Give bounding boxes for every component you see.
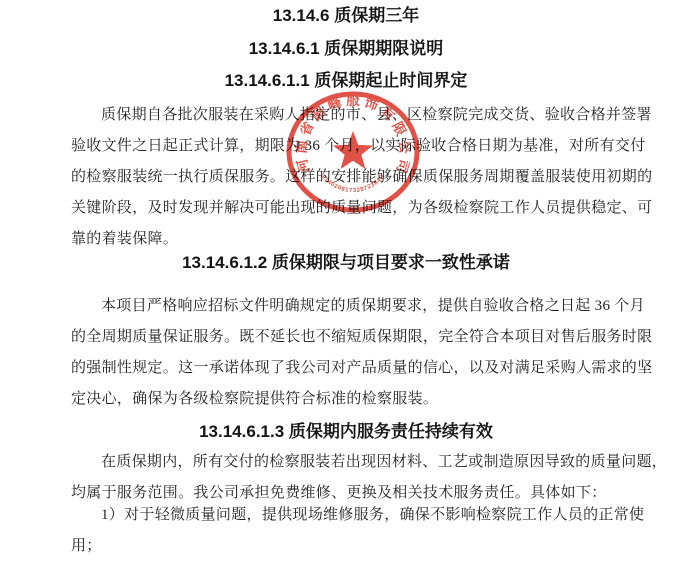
paragraph-line: 定决心，确保为各级检察院提供符合标准的检察服装。 (71, 384, 628, 415)
paragraph-warranty-start: 质保期自各批次服装在采购人指定的市、县、区检察院完成交货、验收合格并签署 验收文… (71, 100, 628, 255)
paragraph-line: 验收文件之日起正式计算，期限为 36 个月，以实际验收合格日期为基准，对所有交付 (71, 131, 628, 162)
section-heading-level3-2: 13.14.6.1.2 质保期限与项目要求一致性承诺 (0, 252, 692, 274)
paragraph-line: 的检察服装统一执行质保服务。这样的安排能够确保质保服务周期覆盖服装使用初期的 (71, 162, 628, 193)
section-heading-level1: 13.14.6 质保期三年 (0, 5, 692, 27)
paragraph-line: 本项目严格响应招标文件明确规定的质保期要求，提供自验收合格之日起 36 个月 (71, 291, 628, 322)
paragraph-line: 用； (71, 531, 628, 562)
paragraph-line: 的强制性规定。这一承诺体现了我公司对产品质量的信心，以及对满足采购人需求的坚 (71, 353, 628, 384)
paragraph-line: 在质保期内，所有交付的检察服装若出现因材料、工艺或制造原因导致的质量问题， (71, 447, 628, 478)
document-page: 13.14.6 质保期三年 13.14.6.1 质保期期限说明 13.14.6.… (0, 0, 692, 574)
paragraph-line: 靠的着装保障。 (71, 224, 628, 255)
section-heading-level3: 13.14.6.1.1 质保期起止时间界定 (0, 70, 692, 92)
paragraph-line: 的全周期质量保证服务。既不延长也不缩短质保期限，完全符合本项目对售后服务时限 (71, 322, 628, 353)
paragraph-line: 关键阶段，及时发现并解决可能出现的质量问题，为各级检察院工作人员提供稳定、可 (71, 193, 628, 224)
paragraph-warranty-consistency: 本项目严格响应招标文件明确规定的质保期要求，提供自验收合格之日起 36 个月 的… (71, 291, 628, 415)
paragraph-list-item-1: 1）对于轻微质量问题，提供现场维修服务，确保不影响检察院工作人员的正常使 用； (71, 500, 628, 562)
section-heading-level2: 13.14.6.1 质保期期限说明 (0, 38, 692, 60)
section-heading-level3-3: 13.14.6.1.3 质保期内服务责任持续有效 (0, 421, 692, 443)
paragraph-line: 1）对于轻微质量问题，提供现场维修服务，确保不影响检察院工作人员的正常使 (71, 500, 628, 531)
paragraph-line: 质保期自各批次服装在采购人指定的市、县、区检察院完成交货、验收合格并签署 (71, 100, 628, 131)
